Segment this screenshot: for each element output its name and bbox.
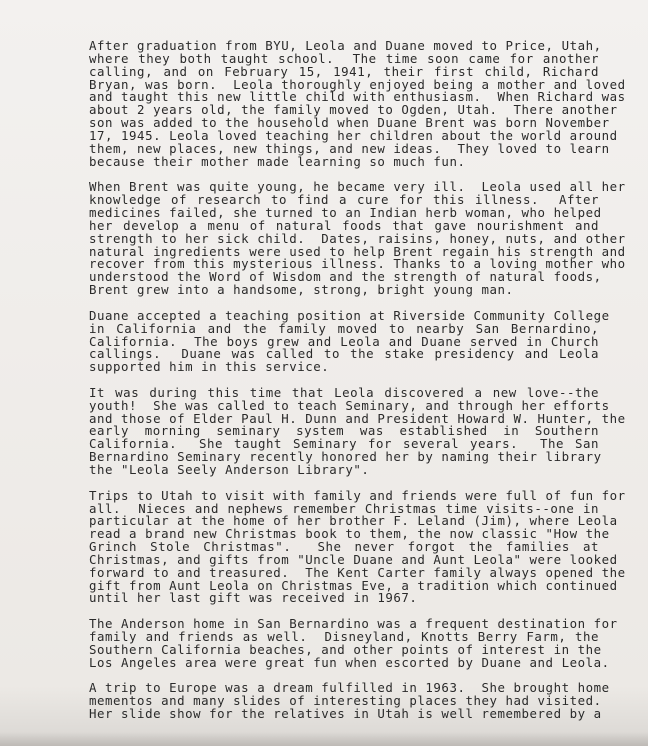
page-edge-shadow — [0, 732, 648, 746]
paragraph: The Anderson home in San Bernardino was … — [89, 618, 599, 669]
paragraph: Duane accepted a teaching position at Ri… — [89, 310, 599, 374]
document-page: After graduation from BYU, Leola and Dua… — [0, 0, 648, 746]
paragraph: Trips to Utah to visit with family and f… — [89, 490, 599, 606]
text-line: until her last gift was received in 1967… — [89, 592, 599, 605]
paragraph: It was during this time that Leola disco… — [89, 387, 599, 477]
text-line: Los Angeles area were great fun when esc… — [89, 657, 599, 670]
text-line: Brent grew into a handsome, strong, brig… — [89, 284, 599, 297]
text-line: supported him in this service. — [89, 361, 599, 374]
paragraph: When Brent was quite young, he became ve… — [89, 181, 599, 297]
body-text: After graduation from BYU, Leola and Dua… — [89, 40, 599, 734]
paragraph: After graduation from BYU, Leola and Dua… — [89, 40, 599, 168]
text-line: Her slide show for the relatives in Utah… — [89, 708, 599, 721]
text-line: the "Leola Seely Anderson Library". — [89, 464, 599, 477]
text-line: because their mother made learning so mu… — [89, 156, 599, 169]
paragraph: A trip to Europe was a dream fulfilled i… — [89, 682, 599, 721]
